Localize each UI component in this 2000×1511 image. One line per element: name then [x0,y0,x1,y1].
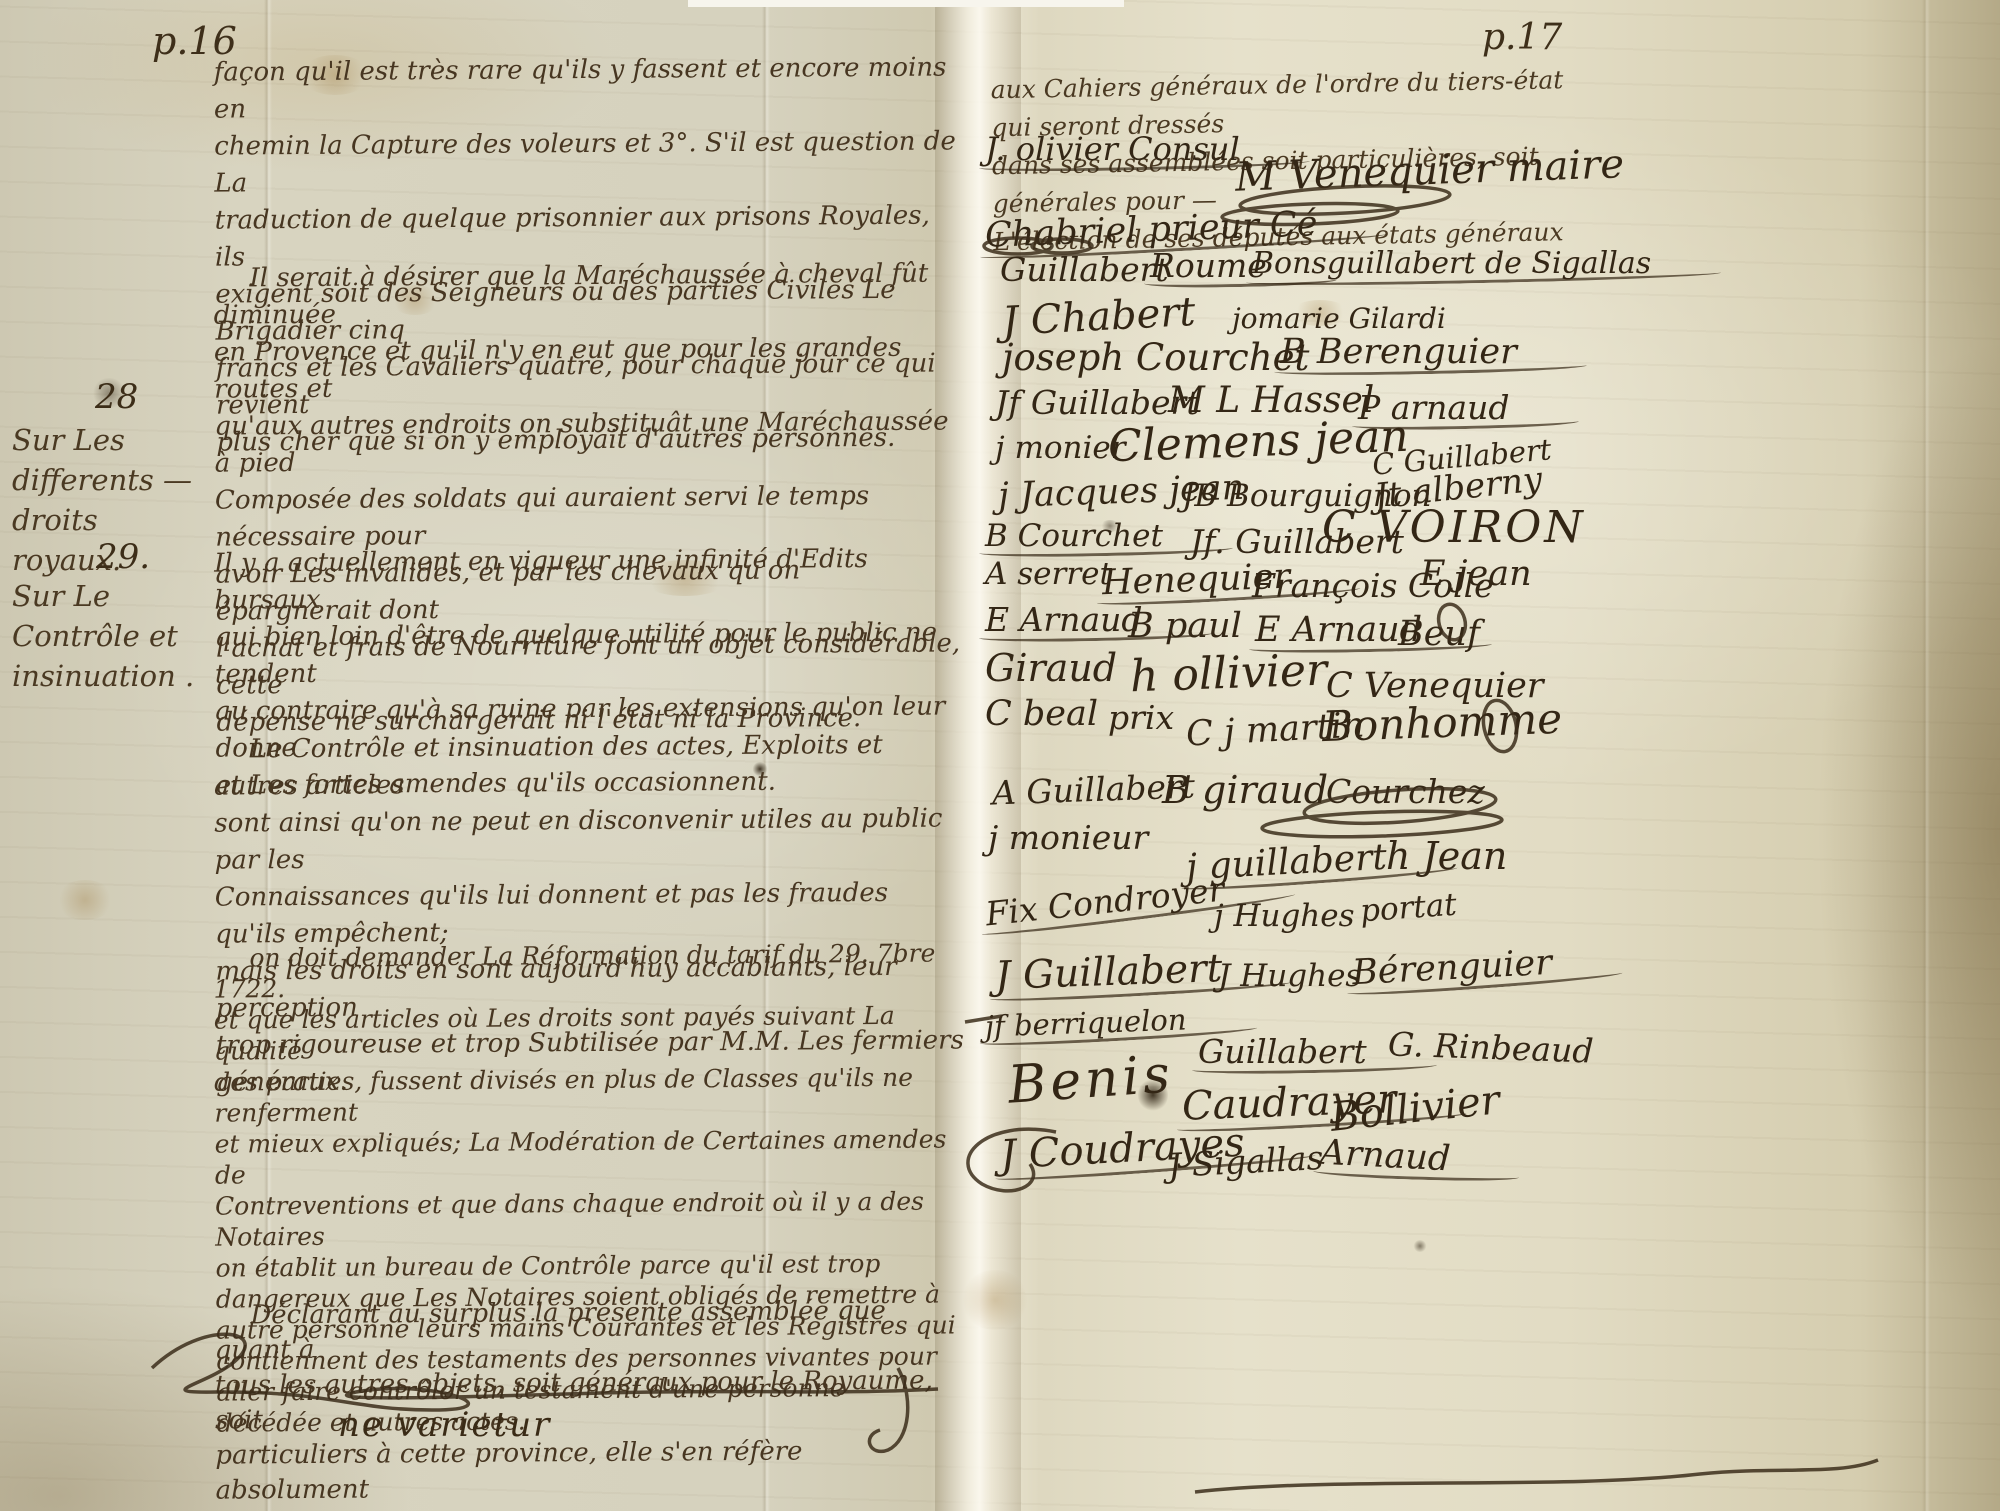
signature: Roume [1150,246,1267,285]
signature: B paul [1128,606,1242,646]
manuscript-scan: p.16 façon qu'il est très rare qu'ils y … [0,0,2000,1511]
margin-note-controle: Sur Le Contrôle etinsinuation . [12,576,222,696]
signature: C beal [985,694,1098,734]
margin-section-number-29: 29. [96,540,150,574]
signature: Giraud [985,646,1117,690]
ne-varietur-mark: ne varietur [338,1408,551,1442]
signature: E Arnaud [985,600,1143,639]
signature: j monier [995,430,1126,466]
signature: Bonhomme [1321,694,1563,751]
signature: B Courchet [985,518,1163,554]
signature: A serret [985,556,1112,592]
signature: E Arnaud [1255,610,1422,650]
signature: C VOIRON [1322,502,1586,553]
signature: Clemens jean [1107,411,1409,472]
signature: portat [1359,887,1458,930]
signature: j monieur [988,818,1148,857]
stain [960,1270,1030,1330]
ink-blot [1413,1240,1427,1252]
signature: J Guillabert [994,946,1223,999]
signature: B Berenguier [1280,332,1517,372]
fold-crease [1922,0,1930,1511]
signature: jf berriquelon [984,1002,1187,1043]
signature: prix [1108,698,1174,737]
signature: h Jean [1386,834,1507,878]
signature: Courchez [1326,772,1485,811]
signature: jomarie Gilardi [1232,302,1446,335]
signature: E jean [1420,554,1532,594]
signature: G. Rinbeaud [1387,1024,1594,1070]
signature: Guillabert [1198,1032,1367,1071]
signature: J Hughes [1218,958,1361,994]
signature: Beuf [1398,614,1480,654]
signature: J Sigallas [1167,1138,1324,1185]
page-number-right: p.17 [1482,20,1562,56]
signature: j Hughes [1214,898,1355,934]
signature: J. olivier Consul [985,130,1240,168]
stain [55,880,115,920]
margin-section-number-28: 28 [95,380,138,414]
signature: Benis [1006,1044,1176,1115]
scan-edge-sliver [688,0,1124,7]
signature: B giraud [1162,768,1328,812]
signature: h ollivier [1129,645,1328,703]
paragraph-declaration: Déclarant au surplus la présente assembl… [214,1293,963,1508]
signature: Bonsguillabert de Sigallas [1252,246,1651,281]
signature: joseph Courchet [1002,336,1309,379]
signature: Arnaud [1319,1133,1451,1180]
